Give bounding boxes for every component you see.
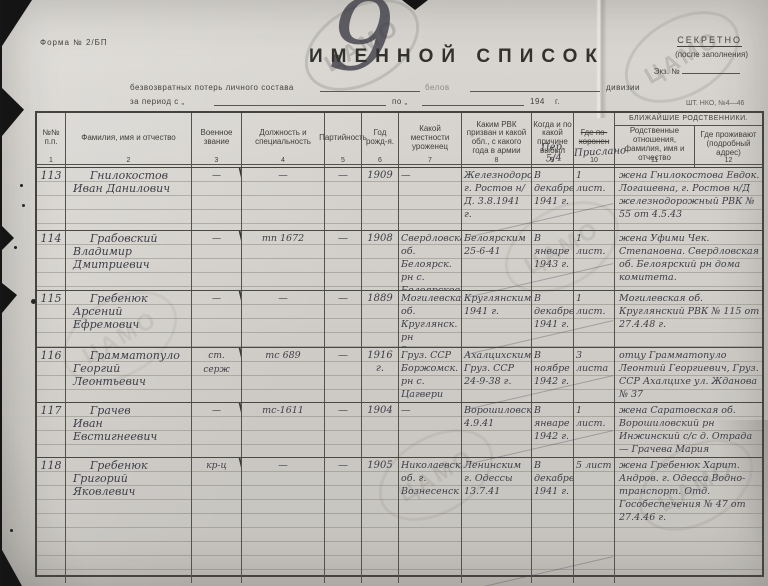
- sheets-cell: 3 листа: [574, 348, 615, 402]
- origin-cell: Груз. ССР Боржомск. рн с. Цагвери: [399, 348, 462, 402]
- party-cell: —: [325, 458, 362, 583]
- casualty-date-cell: В январе 1943 г.: [532, 231, 574, 290]
- table-row: 116 Грамматопуло Георгий Леонтьевич ст. …: [37, 348, 762, 403]
- header-name: Фамилия, имя и отчество: [66, 113, 192, 165]
- party-cell: —: [325, 403, 362, 457]
- rank-value: кр-ц: [206, 461, 226, 471]
- birth-year-cell: 1916 г.: [362, 348, 399, 402]
- row-number: 118: [37, 458, 66, 583]
- name-cell: Грамматопуло Георгий Леонтьевич: [66, 348, 192, 402]
- birth-year-cell: 1904: [362, 403, 399, 457]
- period-year-suffix: г.: [555, 97, 560, 106]
- origin-cell: Николаевская об. г. Вознесенск: [399, 458, 462, 583]
- rank-cell: — √: [192, 231, 242, 290]
- drafted-by-cell: Круглянским 1941 г.: [462, 291, 532, 347]
- rank-value: ст. серж: [203, 351, 229, 375]
- birth-year-cell: 1905: [362, 458, 399, 583]
- header-row-number: №№ п.п.: [37, 113, 66, 165]
- header-relative-address: Где проживают (подробный адрес): [695, 126, 762, 165]
- header-burial-struck: Где по- хоронен: [579, 129, 610, 147]
- copy-number-label: Экз. №: [654, 67, 680, 76]
- relatives-cell: Могилевская об. Круглянский РВК № 115 от…: [615, 291, 762, 347]
- table-row: 117 Грачев Иван Евстигнеевич — √ тс-1611…: [37, 403, 762, 458]
- torn-edge: [2, 0, 32, 46]
- copy-number-line: Экз. №: [654, 65, 740, 76]
- form-number: Форма № 2/БП: [40, 38, 108, 47]
- division-label: дивизии: [606, 83, 640, 92]
- surname: Гребенюк: [68, 459, 189, 472]
- rank-value: —: [212, 234, 221, 244]
- unit-fragment: белов: [425, 83, 450, 92]
- birth-year-cell: 1909: [362, 168, 399, 230]
- table-row: 118 Гребенюк Григорий Яковлевич кр-ц √ —…: [37, 458, 762, 583]
- casualty-date-cell: В декабре 1941 г.: [532, 458, 574, 583]
- drafted-by-cell: Ленинским г. Одессы 13.7.41: [462, 458, 532, 583]
- party-cell: —: [325, 231, 362, 290]
- relatives-cell: жена Гребенюк Харит. Андров. г. Одесса В…: [615, 458, 762, 583]
- party-cell: —: [325, 348, 362, 402]
- position-cell: тс-1611: [242, 403, 325, 457]
- torn-edge: [402, 0, 428, 10]
- row-number: 115: [37, 291, 66, 347]
- header-casualty: Когда и по какой причине выбыл Пер. 5/4: [532, 113, 574, 165]
- surname: Грабовский: [68, 232, 189, 245]
- blank-line: [214, 96, 386, 106]
- handwritten-page-number: 9: [327, 0, 397, 88]
- header-burial: Где по- хоронен Прислано: [574, 113, 615, 165]
- table-header: №№ п.п. Фамилия, имя и отчество Военное …: [37, 113, 762, 155]
- rank-cell: — √: [192, 291, 242, 347]
- origin-cell: —: [399, 168, 462, 230]
- rank-cell: ст. серж √: [192, 348, 242, 402]
- sheets-cell: 1 лист.: [574, 168, 615, 230]
- header-party: Партийность: [325, 113, 362, 165]
- table-row: 114 Грабовский Владимир Дмитриевич — √ т…: [37, 231, 762, 291]
- blank-line: [682, 65, 740, 74]
- header-drafted-by: Каким РВК призван и какой обл., с какого…: [462, 113, 532, 165]
- birth-year-cell: 1889: [362, 291, 399, 347]
- sheets-cell: 5 лист: [574, 458, 615, 583]
- after-filling-note: (после заполнения): [675, 50, 748, 59]
- name-cell: Гребенюк Григорий Яковлевич: [66, 458, 192, 583]
- surname: Гребенюк: [68, 292, 189, 305]
- header-relative-name: Родственные отношения, фамилия, имя и от…: [615, 126, 695, 165]
- relatives-cell: жена Уфими Чек. Степановна. Свердловская…: [615, 231, 762, 290]
- rank-value: —: [212, 406, 221, 416]
- document-title: ИМЕННОЙ СПИСОК: [257, 46, 657, 68]
- header-relatives-group: БЛИЖАЙШИЕ РОДСТВЕННИКИ.: [615, 113, 762, 126]
- relatives-cell: жена Гнилокостова Евдок. Логашевна, г. Р…: [615, 168, 762, 230]
- sheets-cell: 1 лист.: [574, 291, 615, 347]
- name-patronymic: Владимир Дмитриевич: [68, 245, 189, 271]
- blank-line: [422, 96, 524, 106]
- name-cell: Грачев Иван Евстигнеевич: [66, 403, 192, 457]
- header-burial-handwritten: Прислано: [574, 146, 615, 159]
- secrecy-label: СЕКРЕТНО: [677, 35, 742, 47]
- header-rank: Военное звание: [192, 113, 242, 165]
- blank-line: [470, 82, 600, 92]
- header-position: Должность и специальность: [242, 113, 325, 165]
- nko-form-reference: ШТ. НКО, №4—46: [686, 100, 744, 107]
- rank-cell: — √: [192, 168, 242, 230]
- torn-edge: [2, 88, 24, 136]
- origin-cell: Свердловская об. Белоярск. рн с. Белоярс…: [399, 231, 462, 290]
- name-patronymic: Арсений Ефремович: [68, 305, 189, 331]
- casualty-date-cell: В декабре 1941 г.: [532, 168, 574, 230]
- name-patronymic: Иван Данилович: [68, 182, 189, 195]
- casualty-date-cell: В январе 1942 г.: [532, 403, 574, 457]
- surname: Грачев: [68, 404, 189, 417]
- name-cell: Гнилокостов Иван Данилович: [66, 168, 192, 230]
- position-cell: —: [242, 168, 325, 230]
- position-cell: тс 689: [242, 348, 325, 402]
- surname: Грамматопуло: [68, 349, 189, 362]
- position-cell: —: [242, 291, 325, 347]
- period-po: по „: [392, 97, 408, 106]
- blank-line: [320, 82, 420, 92]
- birth-year-cell: 1908: [362, 231, 399, 290]
- rank-value: —: [212, 294, 221, 304]
- name-patronymic: Григорий Яковлевич: [68, 472, 189, 498]
- drafted-by-cell: Ахалцихским Груз. ССР 24-9-38 г.: [462, 348, 532, 402]
- torn-edge: [2, 226, 14, 250]
- table-row: 115 Гребенюк Арсений Ефремович — √ — — 1…: [37, 291, 762, 348]
- name-patronymic: Георгий Леонтьевич: [68, 362, 189, 388]
- row-number: 113: [37, 168, 66, 230]
- torn-edge: [2, 283, 17, 313]
- name-cell: Грабовский Владимир Дмитриевич: [66, 231, 192, 290]
- relatives-cell: отцу Грамматопуло Леонтий Георгиевич, Гр…: [615, 348, 762, 402]
- row-number: 114: [37, 231, 66, 290]
- row-number: 116: [37, 348, 66, 402]
- surname: Гнилокостов: [68, 169, 189, 182]
- casualty-date-cell: В декабре 1941 г.: [532, 291, 574, 347]
- table-body: 113 Гнилокостов Иван Данилович — √ — — 1…: [37, 168, 762, 583]
- sheets-cell: 1 лист.: [574, 403, 615, 457]
- header-casualty-handwritten: Пер. 5/4: [533, 141, 573, 166]
- header-birth-year: Год рожд-я.: [362, 113, 399, 165]
- period-year: 194: [530, 97, 545, 106]
- party-cell: —: [325, 168, 362, 230]
- torn-edge: [2, 550, 22, 586]
- drafted-by-cell: Ворошиловским 4.9.41: [462, 403, 532, 457]
- scanned-document-page: ЦАМО ЦАМО ЦАМО ЦАМО ЦАМО ЦАМО Форма № 2/…: [2, 0, 768, 586]
- drafted-by-cell: Железнодорожным г. Ростов н/Д. 3.8.1941 …: [462, 168, 532, 230]
- subtitle-losses: безвозвратных потерь личного состава: [130, 83, 294, 92]
- losses-table: №№ п.п. Фамилия, имя и отчество Военное …: [35, 111, 764, 577]
- header-origin: Какой местности уроженец: [399, 113, 462, 165]
- casualty-date-cell: В ноябре 1942 г.: [532, 348, 574, 402]
- rank-value: —: [212, 171, 221, 181]
- rank-cell: — √: [192, 403, 242, 457]
- position-cell: —: [242, 458, 325, 583]
- sheets-cell: 1 лист.: [574, 231, 615, 290]
- ink-specks: [20, 184, 23, 187]
- relatives-cell: жена Саратовская об. Ворошиловский рн Ин…: [615, 403, 762, 457]
- row-number: 117: [37, 403, 66, 457]
- name-patronymic: Иван Евстигнеевич: [68, 417, 189, 443]
- table-row: 113 Гнилокостов Иван Данилович — √ — — 1…: [37, 168, 762, 231]
- party-cell: —: [325, 291, 362, 347]
- period-prefix: за период с „: [130, 97, 185, 106]
- origin-cell: Могилевская об. Круглянск. рн Загрянск. …: [399, 291, 462, 347]
- origin-cell: —: [399, 403, 462, 457]
- name-cell: Гребенюк Арсений Ефремович: [66, 291, 192, 347]
- drafted-by-cell: Белоярским 25-6-41: [462, 231, 532, 290]
- position-cell: тп 1672: [242, 231, 325, 290]
- rank-cell: кр-ц √: [192, 458, 242, 583]
